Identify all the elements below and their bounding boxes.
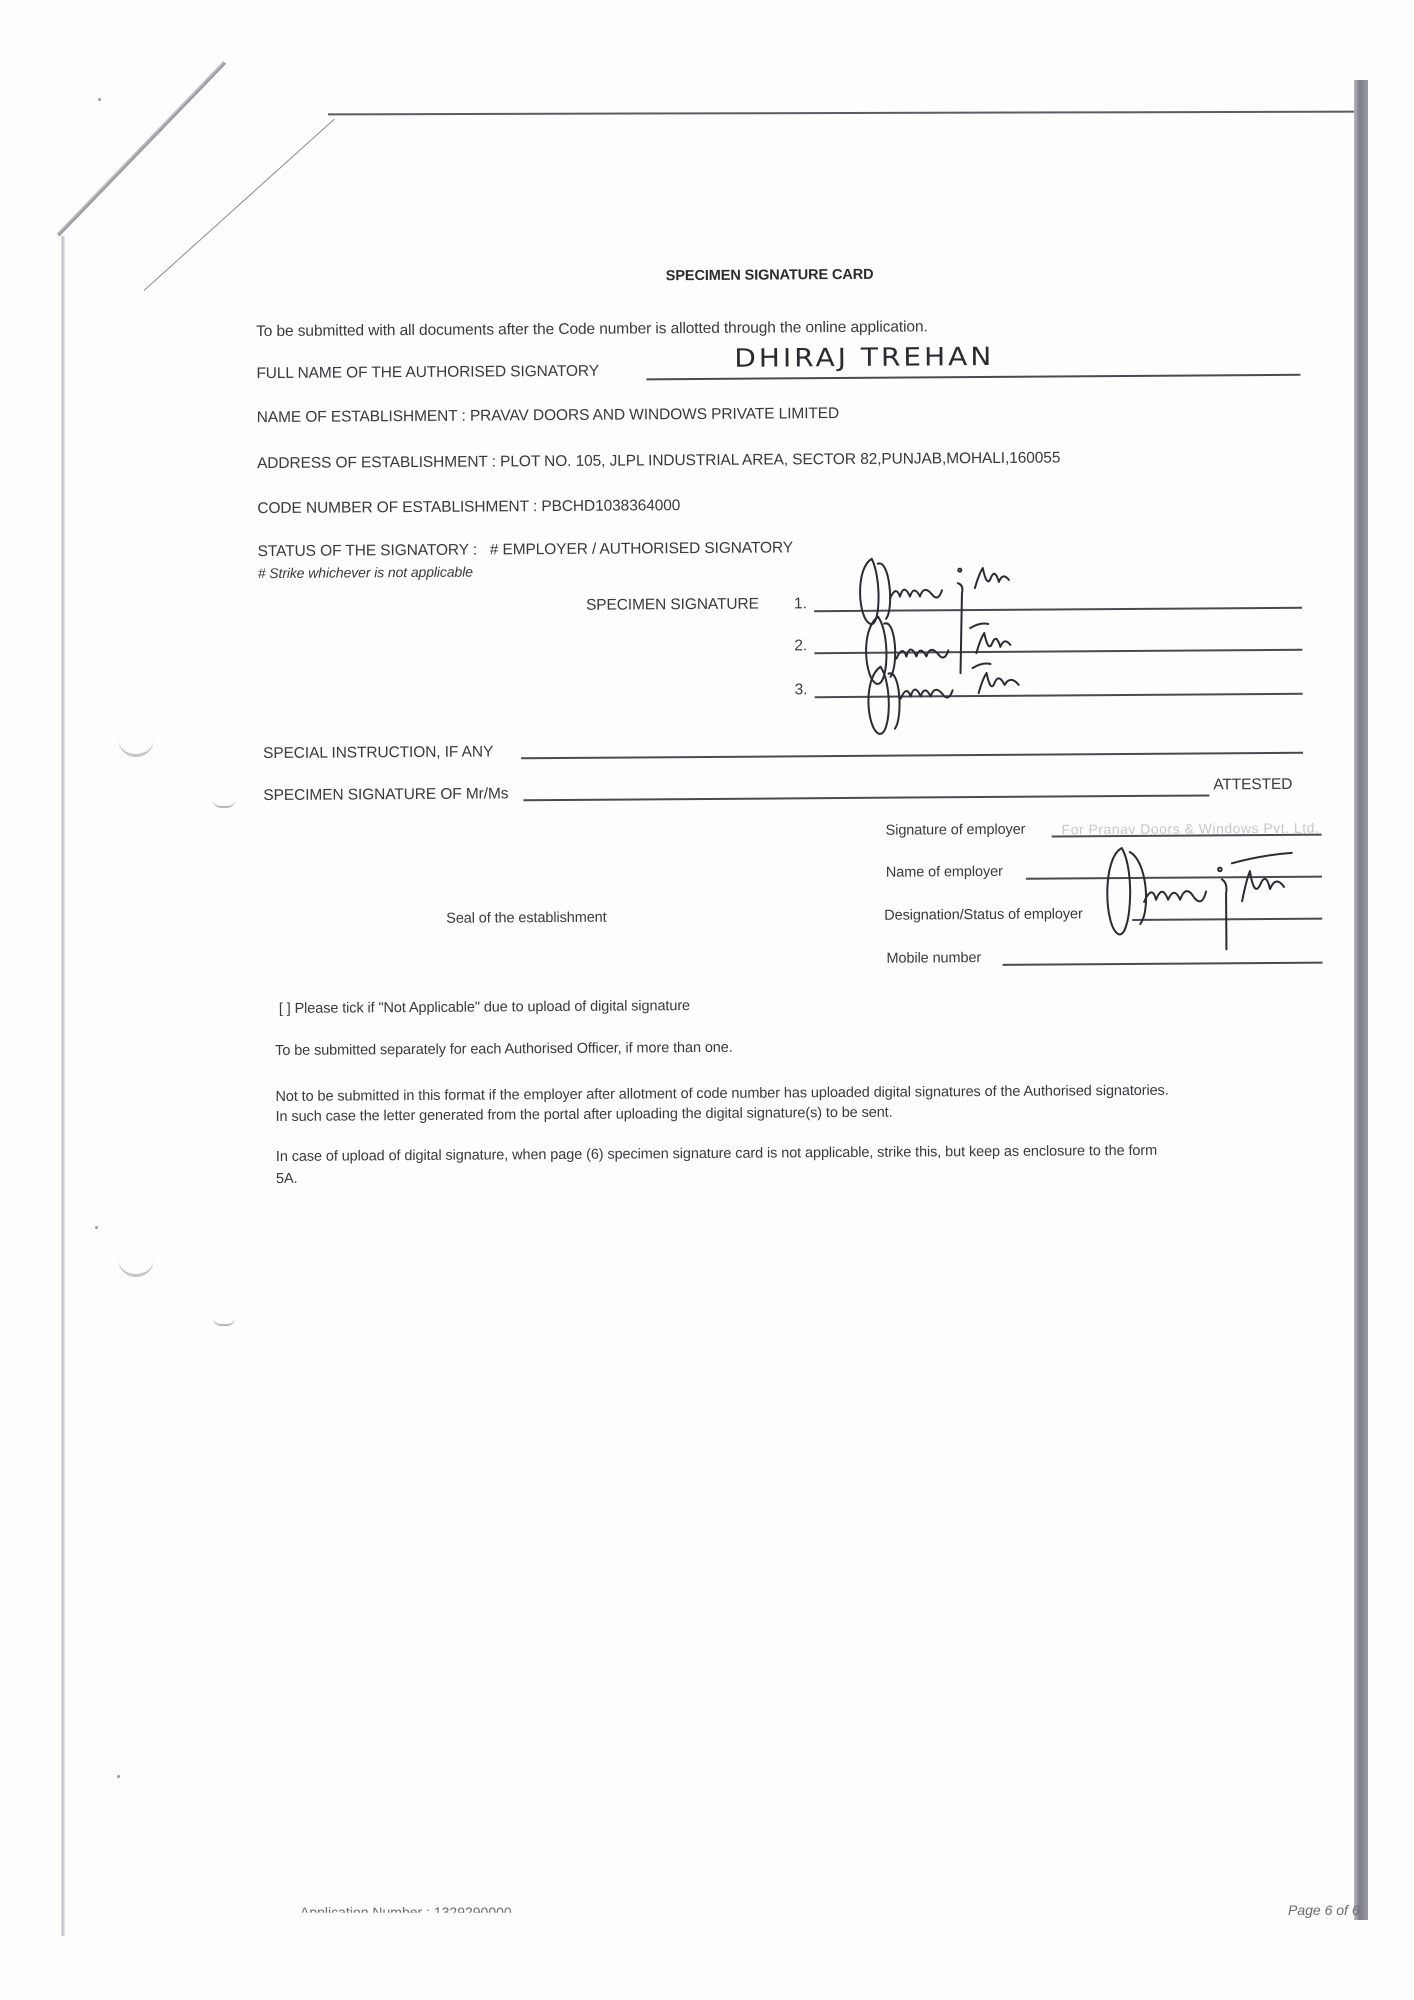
full-name-value[interactable]: DHIRAJ TREHAN: [734, 342, 994, 374]
establishment-address-label: ADDRESS OF ESTABLISHMENT :: [257, 453, 500, 472]
specimen-signature-of-field[interactable]: [523, 794, 1209, 801]
mobile-number-field[interactable]: [1003, 962, 1323, 966]
signatory-status-value: # EMPLOYER / AUTHORISED SIGNATORY: [490, 539, 793, 558]
intro-text: To be submitted with all documents after…: [256, 318, 928, 341]
full-name-underline: [646, 374, 1300, 381]
specimen-line-number-2: 2.: [794, 637, 807, 655]
separate-submission-note: To be submitted separately for each Auth…: [275, 1040, 733, 1059]
establishment-address-value: PLOT NO. 105, JLPL INDUSTRIAL AREA, SECT…: [500, 449, 1060, 470]
company-stamp-ghost: For Pranav Doors & Windows Pvt. Ltd.: [1062, 820, 1320, 838]
handwritten-signatures-icon: [850, 547, 1171, 739]
specimen-line-number-3: 3.: [795, 681, 808, 699]
establishment-code-value: PBCHD1038364000: [541, 497, 680, 515]
employer-designation-label: Designation/Status of employer: [884, 906, 1083, 923]
mobile-number-label: Mobile number: [886, 950, 981, 967]
establishment-code-label: CODE NUMBER OF ESTABLISHMENT :: [257, 498, 541, 517]
signatory-status-row: STATUS OF THE SIGNATORY : # EMPLOYER / A…: [258, 539, 794, 561]
attested-label: ATTESTED: [1213, 776, 1292, 795]
seal-label: Seal of the establishment: [446, 910, 606, 927]
full-name-label: FULL NAME OF THE AUTHORISED SIGNATORY: [256, 363, 599, 383]
strike-note: # Strike whichever is not applicable: [258, 564, 473, 582]
page-number: Page 6 of 6: [1288, 1902, 1360, 1918]
specimen-line-number-1: 1.: [794, 595, 807, 613]
special-instruction-label: SPECIAL INSTRUCTION, IF ANY: [263, 743, 493, 763]
establishment-name-label: NAME OF ESTABLISHMENT :: [257, 408, 470, 426]
page-title: SPECIMEN SIGNATURE CARD: [666, 267, 874, 284]
digital-upload-note-line-1: In case of upload of digital signature, …: [276, 1143, 1157, 1165]
digital-signature-checkbox[interactable]: [ ] Please tick if "Not Applicable" due …: [279, 998, 690, 1017]
specimen-signature-of-label: SPECIMEN SIGNATURE OF Mr/Ms: [263, 785, 508, 805]
employer-name-label: Name of employer: [886, 864, 1003, 881]
employer-signature-icon: [1102, 840, 1363, 952]
employer-signature-label: Signature of employer: [886, 822, 1026, 839]
not-in-format-note-line-1: Not to be submitted in this format if th…: [275, 1083, 1168, 1105]
establishment-name-value: PRAVAV DOORS AND WINDOWS PRIVATE LIMITED: [470, 405, 839, 425]
establishment-code-row: CODE NUMBER OF ESTABLISHMENT : PBCHD1038…: [257, 497, 680, 518]
establishment-address-row: ADDRESS OF ESTABLISHMENT : PLOT NO. 105,…: [257, 449, 1060, 473]
specimen-signature-label: SPECIMEN SIGNATURE: [586, 596, 759, 615]
digital-upload-note-line-2: 5A.: [276, 1171, 298, 1187]
not-in-format-note-line-2: In such case the letter generated from t…: [276, 1105, 893, 1125]
signatory-status-label: STATUS OF THE SIGNATORY :: [258, 542, 478, 561]
establishment-name-row: NAME OF ESTABLISHMENT : PRAVAV DOORS AND…: [257, 405, 840, 427]
special-instruction-field[interactable]: [521, 752, 1303, 759]
specimen-signature-card: SPECIMEN SIGNATURE CARD To be submitted …: [0, 0, 1414, 2000]
